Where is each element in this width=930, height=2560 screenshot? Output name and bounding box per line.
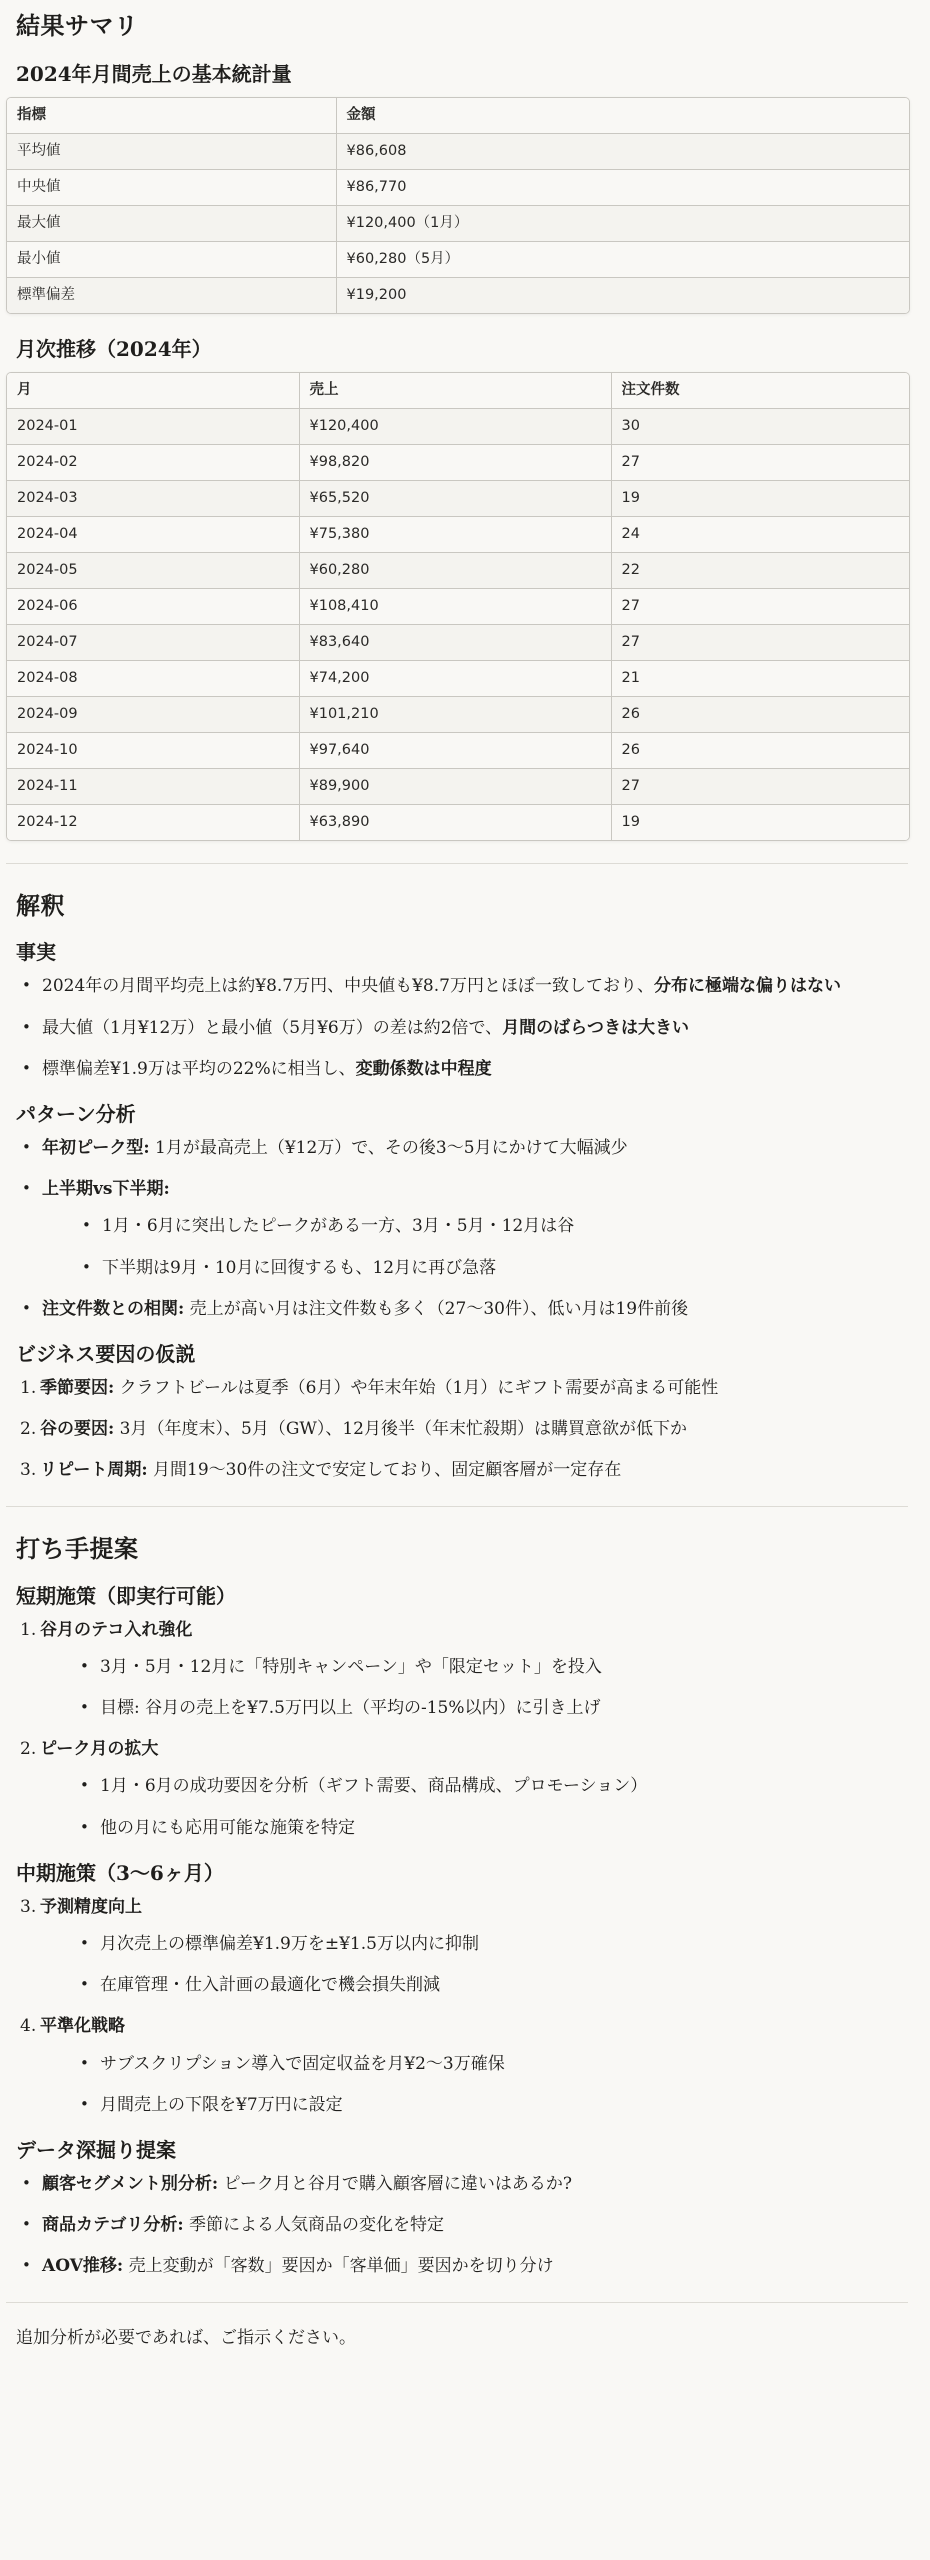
month-cell: 2024-04 (7, 517, 299, 553)
list-item: 2024年の月間平均売上は約¥8.7万円、中央値も¥8.7万円とほぼ一致しており… (16, 973, 882, 1000)
orders-cell: 24 (611, 517, 909, 553)
nested-list: 3月・5月・12月に「特別キャンペーン」や「限定セット」を投入 目標: 谷月の売… (74, 1654, 908, 1722)
list-item: 4.平準化戦略 サブスクリプション導入で固定収益を月¥2〜3万確保 月間売上の下… (16, 2013, 908, 2119)
table-row: 2024-03¥65,52019 (7, 481, 909, 517)
sales-cell: ¥89,900 (299, 769, 611, 805)
list-item: AOV推移: 売上変動が「客数」要因か「客単価」要因かを切り分け (16, 2253, 908, 2280)
sales-cell: ¥120,400 (299, 409, 611, 445)
amount-cell: ¥86,608 (336, 134, 909, 170)
list-item: 注文件数との相関: 売上が高い月は注文件数も多く（27〜30件）、低い月は19件… (16, 1296, 908, 1323)
month-cell: 2024-02 (7, 445, 299, 481)
table-row: 2024-12¥63,89019 (7, 805, 909, 841)
list-item: 3月・5月・12月に「特別キャンペーン」や「限定セット」を投入 (74, 1654, 908, 1681)
list-item: 3.リピート周期: 月間19〜30件の注文で安定しており、固定顧客層が一定存在 (16, 1457, 908, 1484)
sales-cell: ¥83,640 (299, 625, 611, 661)
amount-cell: ¥60,280（5月） (336, 242, 909, 278)
orders-cell: 19 (611, 805, 909, 841)
month-cell: 2024-11 (7, 769, 299, 805)
nested-list: 月次売上の標準偏差¥1.9万を±¥1.5万以内に抑制 在庫管理・仕入計画の最適化… (74, 1931, 908, 1999)
table-row: 最大値¥120,400（1月） (7, 206, 909, 242)
sales-cell: ¥65,520 (299, 481, 611, 517)
monthly-heading: 月次推移（2024年） (16, 336, 908, 362)
table-header-row: 指標 金額 (7, 98, 909, 134)
section-divider (6, 2302, 908, 2303)
stats-heading: 2024年月間売上の基本統計量 (16, 61, 908, 87)
mid-term-list: 3.予測精度向上 月次売上の標準偏差¥1.9万を±¥1.5万以内に抑制 在庫管理… (16, 1894, 908, 2119)
facts-heading: 事実 (16, 939, 908, 965)
list-item: 1月・6月の成功要因を分析（ギフト需要、商品構成、プロモーション） (74, 1773, 908, 1800)
list-item: 1.谷月のテコ入れ強化 3月・5月・12月に「特別キャンペーン」や「限定セット」… (16, 1617, 908, 1723)
list-item: 上半期vs下半期: 1月・6月に突出したピークがある一方、3月・5月・12月は谷… (16, 1176, 908, 1282)
list-item: 月間売上の下限を¥7万円に設定 (74, 2092, 908, 2119)
table-row: 中央値¥86,770 (7, 170, 909, 206)
list-item: 商品カテゴリ分析: 季節による人気商品の変化を特定 (16, 2212, 908, 2239)
patterns-heading: パターン分析 (16, 1101, 908, 1127)
table-row: 2024-01¥120,40030 (7, 409, 909, 445)
orders-cell: 27 (611, 445, 909, 481)
table-row: 2024-11¥89,90027 (7, 769, 909, 805)
orders-cell: 26 (611, 733, 909, 769)
proposals-title: 打ち手提案 (16, 1533, 908, 1564)
nested-list: 1月・6月の成功要因を分析（ギフト需要、商品構成、プロモーション） 他の月にも応… (74, 1773, 908, 1841)
section-divider (6, 1506, 908, 1507)
column-header: 注文件数 (611, 373, 909, 409)
table-row: 2024-10¥97,64026 (7, 733, 909, 769)
sales-cell: ¥98,820 (299, 445, 611, 481)
column-header: 売上 (299, 373, 611, 409)
column-header: 金額 (336, 98, 909, 134)
month-cell: 2024-01 (7, 409, 299, 445)
nested-list: 1月・6月に突出したピークがある一方、3月・5月・12月は谷 下半期は9月・10… (76, 1213, 908, 1281)
deep-dive-list: 顧客セグメント別分析: ピーク月と谷月で購入顧客層に違いはあるか? 商品カテゴリ… (16, 2171, 908, 2281)
patterns-list: 年初ピーク型: 1月が最高売上（¥12万）で、その後3〜5月にかけて大幅減少 上… (16, 1135, 908, 1323)
list-item: 年初ピーク型: 1月が最高売上（¥12万）で、その後3〜5月にかけて大幅減少 (16, 1135, 908, 1162)
short-term-list: 1.谷月のテコ入れ強化 3月・5月・12月に「特別キャンペーン」や「限定セット」… (16, 1617, 908, 1842)
month-cell: 2024-06 (7, 589, 299, 625)
metric-cell: 平均値 (7, 134, 336, 170)
facts-list: 2024年の月間平均売上は約¥8.7万円、中央値も¥8.7万円とほぼ一致しており… (16, 973, 908, 1083)
list-item: 顧客セグメント別分析: ピーク月と谷月で購入顧客層に違いはあるか? (16, 2171, 908, 2198)
section-divider (6, 863, 908, 864)
month-cell: 2024-07 (7, 625, 299, 661)
list-item: サブスクリプション導入で固定収益を月¥2〜3万確保 (74, 2051, 908, 2078)
list-item: 下半期は9月・10月に回復するも、12月に再び急落 (76, 1255, 908, 1282)
column-header: 指標 (7, 98, 336, 134)
deep-dive-heading: データ深掘り提案 (16, 2137, 908, 2163)
metric-cell: 最大値 (7, 206, 336, 242)
sales-cell: ¥74,200 (299, 661, 611, 697)
interpretation-title: 解釈 (16, 890, 908, 921)
orders-cell: 27 (611, 769, 909, 805)
month-cell: 2024-10 (7, 733, 299, 769)
table-header-row: 月 売上 注文件数 (7, 373, 909, 409)
sales-cell: ¥75,380 (299, 517, 611, 553)
orders-cell: 26 (611, 697, 909, 733)
amount-cell: ¥120,400（1月） (336, 206, 909, 242)
orders-cell: 21 (611, 661, 909, 697)
orders-cell: 27 (611, 589, 909, 625)
sales-cell: ¥101,210 (299, 697, 611, 733)
list-item: 他の月にも応用可能な施策を特定 (74, 1815, 908, 1842)
list-item: 最大値（1月¥12万）と最小値（5月¥6万）の差は約2倍で、月間のばらつきは大き… (16, 1015, 908, 1042)
list-item: 目標: 谷月の売上を¥7.5万円以上（平均の-15%以内）に引き上げ (74, 1695, 908, 1722)
list-item: 2.谷の要因: 3月（年度末）、5月（GW）、12月後半（年末忙殺期）は購買意欲… (16, 1416, 908, 1443)
list-item: 月次売上の標準偏差¥1.9万を±¥1.5万以内に抑制 (74, 1931, 908, 1958)
orders-cell: 27 (611, 625, 909, 661)
list-item: 1.季節要因: クラフトビールは夏季（6月）や年末年始（1月）にギフト需要が高ま… (16, 1375, 908, 1402)
sales-cell: ¥60,280 (299, 553, 611, 589)
mid-term-heading: 中期施策（3〜6ヶ月） (16, 1860, 908, 1886)
month-cell: 2024-05 (7, 553, 299, 589)
month-cell: 2024-03 (7, 481, 299, 517)
column-header: 月 (7, 373, 299, 409)
sales-cell: ¥97,640 (299, 733, 611, 769)
month-cell: 2024-08 (7, 661, 299, 697)
orders-cell: 19 (611, 481, 909, 517)
table-row: 2024-02¥98,82027 (7, 445, 909, 481)
summary-title: 結果サマリ (16, 10, 908, 41)
response-document: 結果サマリ 2024年月間売上の基本統計量 指標 金額 平均値¥86,608 中… (0, 0, 930, 2390)
hypotheses-heading: ビジネス要因の仮説 (16, 1341, 908, 1367)
short-term-heading: 短期施策（即実行可能） (16, 1583, 908, 1609)
table-row: 2024-09¥101,21026 (7, 697, 909, 733)
month-cell: 2024-12 (7, 805, 299, 841)
sales-cell: ¥108,410 (299, 589, 611, 625)
stats-table: 指標 金額 平均値¥86,608 中央値¥86,770 最大値¥120,400（… (6, 97, 910, 314)
nested-list: サブスクリプション導入で固定収益を月¥2〜3万確保 月間売上の下限を¥7万円に設… (74, 2051, 908, 2119)
amount-cell: ¥19,200 (336, 278, 909, 314)
monthly-table: 月 売上 注文件数 2024-01¥120,40030 2024-02¥98,8… (6, 372, 910, 841)
orders-cell: 22 (611, 553, 909, 589)
list-item: 在庫管理・仕入計画の最適化で機会損失削減 (74, 1972, 908, 1999)
metric-cell: 中央値 (7, 170, 336, 206)
amount-cell: ¥86,770 (336, 170, 909, 206)
interpretation-section: 解釈 事実 2024年の月間平均売上は約¥8.7万円、中央値も¥8.7万円とほぼ… (16, 890, 908, 1484)
metric-cell: 標準偏差 (7, 278, 336, 314)
table-row: 標準偏差¥19,200 (7, 278, 909, 314)
metric-cell: 最小値 (7, 242, 336, 278)
table-row: 2024-04¥75,38024 (7, 517, 909, 553)
list-item: 標準偏差¥1.9万は平均の22%に相当し、変動係数は中程度 (16, 1056, 908, 1083)
list-item: 1月・6月に突出したピークがある一方、3月・5月・12月は谷 (76, 1213, 908, 1240)
table-row: 2024-05¥60,28022 (7, 553, 909, 589)
table-row: 2024-08¥74,20021 (7, 661, 909, 697)
proposals-section: 打ち手提案 短期施策（即実行可能） 1.谷月のテコ入れ強化 3月・5月・12月に… (16, 1533, 908, 2280)
month-cell: 2024-09 (7, 697, 299, 733)
table-row: 平均値¥86,608 (7, 134, 909, 170)
list-item: 2.ピーク月の拡大 1月・6月の成功要因を分析（ギフト需要、商品構成、プロモーシ… (16, 1736, 908, 1842)
orders-cell: 30 (611, 409, 909, 445)
hypotheses-list: 1.季節要因: クラフトビールは夏季（6月）や年末年始（1月）にギフト需要が高ま… (16, 1375, 908, 1485)
list-item: 3.予測精度向上 月次売上の標準偏差¥1.9万を±¥1.5万以内に抑制 在庫管理… (16, 1894, 908, 2000)
table-row: 2024-07¥83,64027 (7, 625, 909, 661)
closing-message: 追加分析が必要であれば、ご指示ください。 (16, 2325, 908, 2352)
table-row: 最小値¥60,280（5月） (7, 242, 909, 278)
table-row: 2024-06¥108,41027 (7, 589, 909, 625)
sales-cell: ¥63,890 (299, 805, 611, 841)
